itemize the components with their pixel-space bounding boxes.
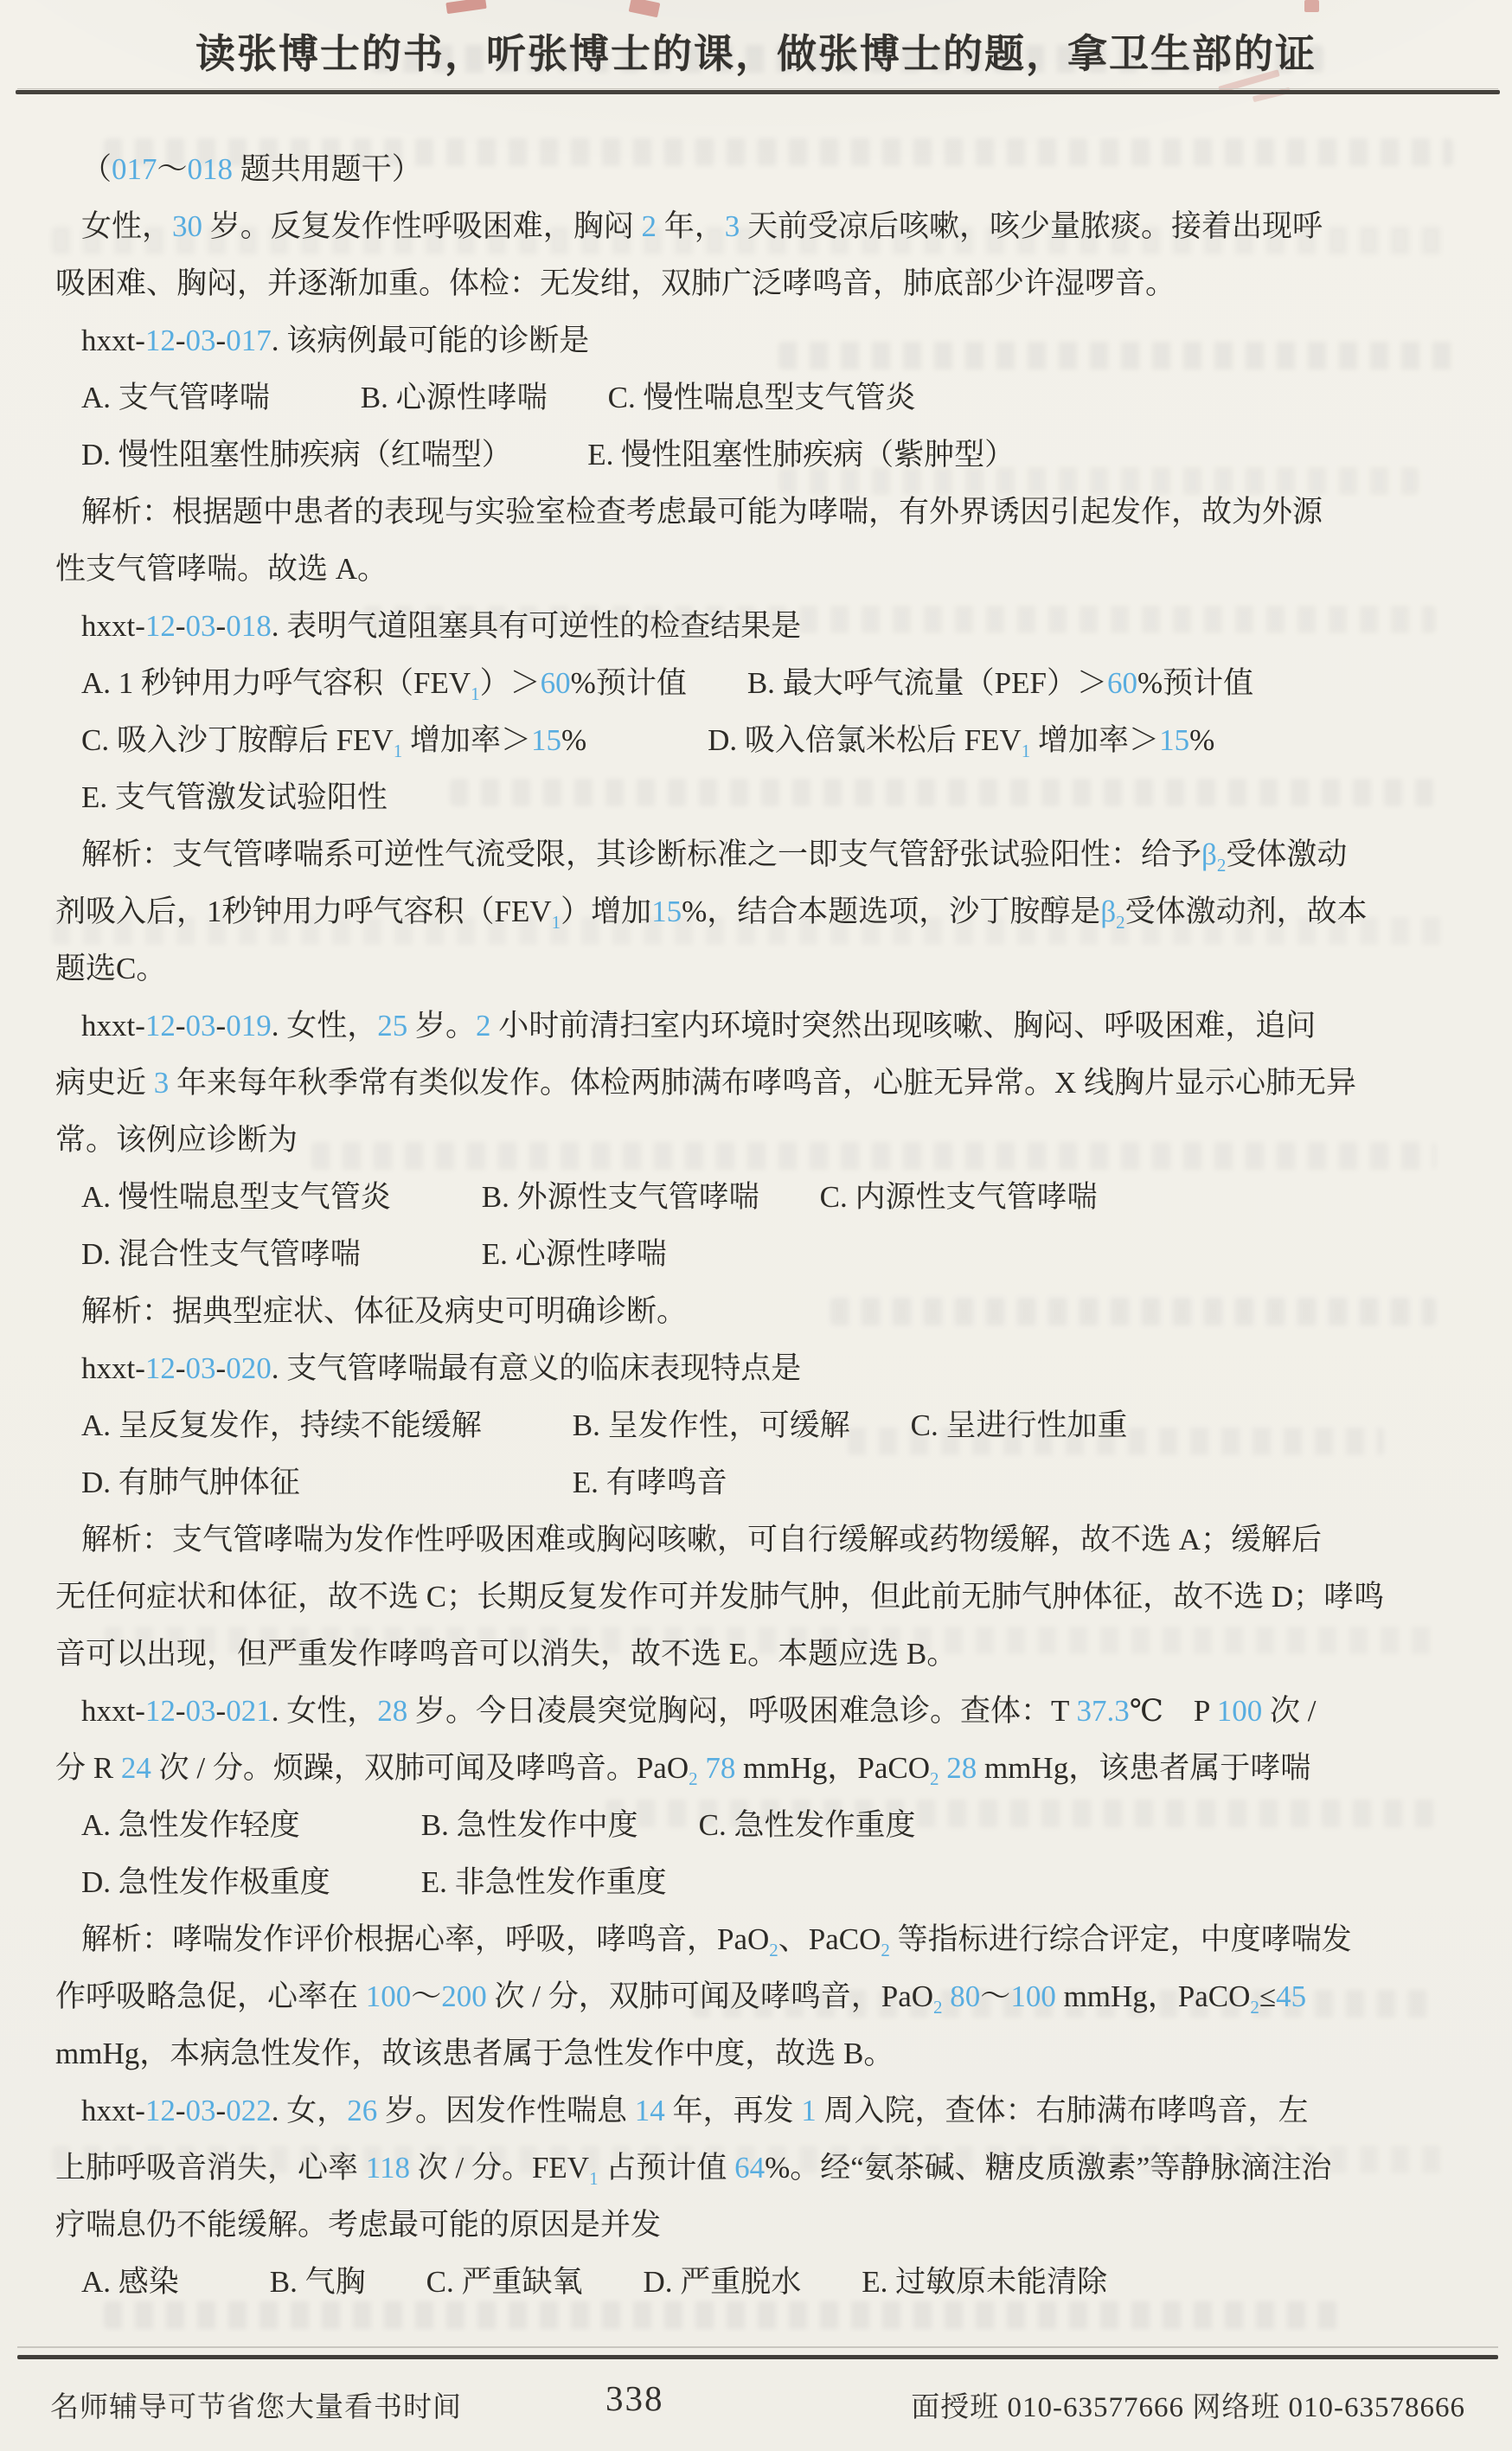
text-line: D. 混合性支气管哮喘 E. 心源性哮喘 (55, 1226, 1465, 1283)
text-line: A. 慢性喘息型支气管炎 B. 外源性支气管哮喘 C. 内源性支气管哮喘 (55, 1169, 1465, 1226)
text-line: E. 支气管激发试验阳性 (55, 769, 1465, 826)
red-ink-mark (629, 0, 661, 17)
text-line: D. 急性发作极重度 E. 非急性发作重度 (55, 1854, 1465, 1911)
text-line: hxxt-12-03-021. 女性，28 岁。今日凌晨突觉胸闷，呼吸困难急诊。… (55, 1683, 1465, 1740)
red-ink-mark (445, 0, 486, 14)
scanned-book-page: 读张博士的书，听张博士的课，做张博士的题，拿卫生部的证 （017～018 题共用… (0, 0, 1512, 2451)
text-line: 音可以出现，但严重发作哮鸣音可以消失，故不选 E。本题应选 B。 (55, 1626, 1465, 1683)
text-line: hxxt-12-03-020. 支气管哮喘最有意义的临床表现特点是 (55, 1340, 1465, 1397)
text-line: 病史近 3 年来每年秋季常有类似发作。体检两肺满布哮鸣音，心脏无异常。X 线胸片… (55, 1055, 1465, 1112)
text-line: 解析：据典型症状、体征及病史可明确诊断。 (55, 1283, 1465, 1340)
text-line: A. 呈反复发作，持续不能缓解 B. 呈发作性，可缓解 C. 呈进行性加重 (55, 1397, 1465, 1454)
text-line: 分 R 24 次 / 分。烦躁，双肺可闻及哮鸣音。PaO2 78 mmHg，Pa… (55, 1740, 1465, 1797)
text-line: 作呼吸略急促，心率在 100～200 次 / 分，双肺可闻及哮鸣音，PaO2 8… (55, 1968, 1465, 2025)
text-line: 女性，30 岁。反复发作性呼吸困难，胸闷 2 年，3 天前受凉后咳嗽，咳少量脓痰… (55, 198, 1465, 255)
footer-rule-thick (17, 2355, 1498, 2359)
footer-left-note: 名师辅导可节省您大量看书时间 (50, 2384, 462, 2425)
text-line: A. 1 秒钟用力呼气容积（FEV1）＞60%预计值 B. 最大呼气流量（PEF… (55, 655, 1465, 712)
red-ink-mark (1304, 0, 1319, 12)
text-line: A. 急性发作轻度 B. 急性发作中度 C. 急性发作重度 (55, 1797, 1465, 1854)
footer-contact: 面授班 010-63577666 网络班 010-63578666 (911, 2384, 1465, 2425)
text-line: 解析：根据题中患者的表现与实验室检查考虑最可能为哮喘，有外界诱因引起发作，故为外… (55, 484, 1465, 541)
footer-rule-thin (17, 2346, 1498, 2348)
text-line: 解析：支气管哮喘系可逆性气流受限，其诊断标准之一即支气管舒张试验阳性：给予β2受… (55, 826, 1465, 883)
text-line: D. 有肺气肿体征 E. 有哮鸣音 (55, 1454, 1465, 1511)
text-line: 疗喘息仍不能缓解。考虑最可能的原因是并发 (55, 2197, 1465, 2254)
text-line: （017～018 题共用题干） (55, 141, 1465, 198)
text-line: D. 慢性阻塞性肺疾病（红喘型） E. 慢性阻塞性肺疾病（紫肿型） (55, 427, 1465, 484)
text-line: mmHg，本病急性发作，故该患者属于急性发作中度，故选 B。 (55, 2025, 1465, 2082)
text-line: 吸困难、胸闷，并逐渐加重。体检：无发绀，双肺广泛哮鸣音，肺底部少许湿啰音。 (55, 255, 1465, 312)
footer-page-number: 338 (605, 2377, 664, 2419)
header-slogan: 读张博士的书，听张博士的课，做张博士的题，拿卫生部的证 (0, 22, 1512, 80)
text-line: 题选C。 (55, 940, 1465, 998)
text-line: 无任何症状和体征，故不选 C；长期反复发作可并发肺气肿，但此前无肺气肿体征，故不… (55, 1569, 1465, 1626)
text-line: 剂吸入后，1秒钟用力呼气容积（FEV1）增加15%，结合本题选项，沙丁胺醇是β2… (55, 883, 1465, 940)
text-line: hxxt-12-03-022. 女，26 岁。因发作性喘息 14 年，再发 1 … (55, 2082, 1465, 2140)
text-line: 性支气管哮喘。故选 A。 (55, 541, 1465, 598)
text-line: hxxt-12-03-017. 该病例最可能的诊断是 (55, 312, 1465, 369)
text-line: 上肺呼吸音消失，心率 118 次 / 分。FEV1 占预计值 64%。经“氨茶碱… (55, 2140, 1465, 2197)
text-line: C. 吸入沙丁胺醇后 FEV1 增加率＞15% D. 吸入倍氯米松后 FEV1 … (55, 712, 1465, 769)
text-line: A. 感染 B. 气胸 C. 严重缺氧 D. 严重脱水 E. 过敏原未能清除 (55, 2254, 1465, 2311)
text-line: 常。该例应诊断为 (55, 1112, 1465, 1169)
page-header: 读张博士的书，听张博士的课，做张博士的题，拿卫生部的证 (0, 22, 1512, 80)
page-footer: 名师辅导可节省您大量看书时间 338 面授班 010-63577666 网络班 … (0, 2377, 1512, 2438)
page-body: （017～018 题共用题干）女性，30 岁。反复发作性呼吸困难，胸闷 2 年，… (55, 141, 1465, 2311)
text-line: 解析：哮喘发作评价根据心率，呼吸，哮鸣音，PaO2、PaCO2 等指标进行综合评… (55, 1911, 1465, 1968)
text-line: hxxt-12-03-019. 女性，25 岁。2 小时前清扫室内环境时突然出现… (55, 998, 1465, 1055)
text-line: 解析：支气管哮喘为发作性呼吸困难或胸闷咳嗽，可自行缓解或药物缓解，故不选 A；缓… (55, 1511, 1465, 1569)
text-line: A. 支气管哮喘 B. 心源性哮喘 C. 慢性喘息型支气管炎 (55, 369, 1465, 427)
text-line: hxxt-12-03-018. 表明气道阻塞具有可逆性的检查结果是 (55, 598, 1465, 655)
header-rule (16, 90, 1500, 94)
